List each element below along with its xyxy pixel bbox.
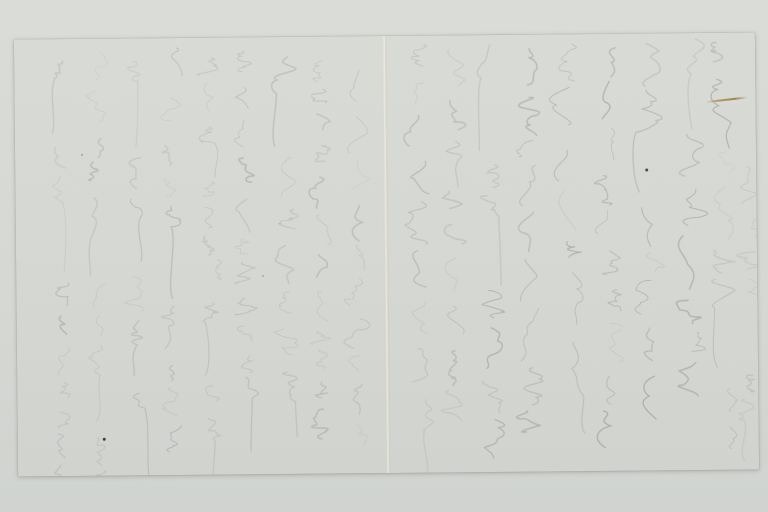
handwriting-columns (14, 32, 759, 476)
photo-backdrop (0, 0, 768, 512)
speck (645, 168, 648, 171)
speck (81, 154, 83, 156)
speck (103, 438, 106, 441)
speck (262, 275, 264, 277)
manuscript-paper (14, 32, 759, 476)
